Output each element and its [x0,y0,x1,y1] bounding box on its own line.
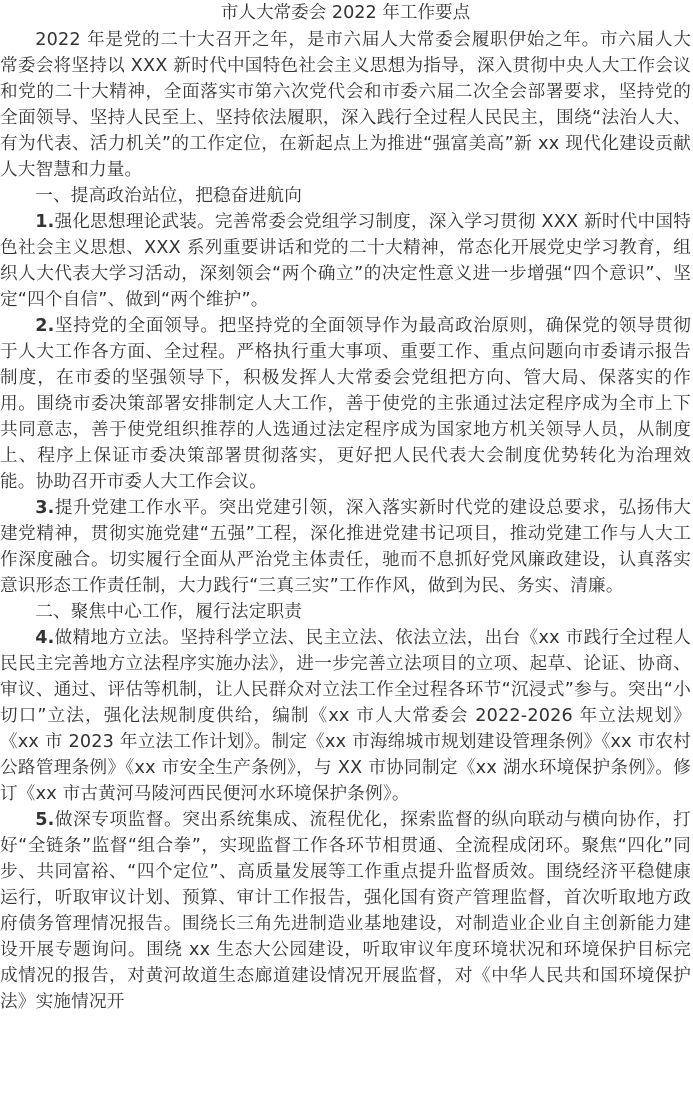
item-paragraph-2: 2.坚持党的全面领导。把坚持党的全面领导作为最高政治原则，确保党的领导贯彻于人大… [0,313,691,495]
item-text: 坚持党的全面领导。把坚持党的全面领导作为最高政治原则，确保党的领导贯彻于人大工作… [0,316,691,492]
document: 市人大常委会 2022 年工作要点 2022 年是党的二十大召开之年，是市六届人… [0,0,693,1015]
item-text: 强化思想理论武装。完善常委会党组学习制度，深入学习贯彻 XXX 新时代中国特色社… [0,212,691,310]
item-number: 5. [35,810,54,830]
item-paragraph-3: 3.提升党建工作水平。突出党建引领，深入落实新时代党的建设总要求，弘扬伟大建党精… [0,495,691,599]
item-number: 2. [35,316,54,336]
item-paragraph-1: 1.强化思想理论武装。完善常委会党组学习制度，深入学习贯彻 XXX 新时代中国特… [0,209,691,313]
item-text: 做精地方立法。坚持科学立法、民主立法、依法立法，出台《xx 市践行全过程人民民主… [0,628,691,804]
item-number: 4. [35,628,54,648]
section-heading-1: 一、提高政治站位，把稳奋进航向 [0,183,691,209]
item-text: 提升党建工作水平。突出党建引领，深入落实新时代党的建设总要求，弘扬伟大建党精神，… [0,498,691,596]
item-number: 1. [35,212,54,232]
document-title: 市人大常委会 2022 年工作要点 [0,0,691,27]
item-paragraph-5: 5.做深专项监督。突出系统集成、流程优化，探索监督的纵向联动与横向协作，打好“全… [0,807,691,1015]
item-paragraph-4: 4.做精地方立法。坚持科学立法、民主立法、依法立法，出台《xx 市践行全过程人民… [0,625,691,807]
item-number: 3. [35,498,54,518]
item-text: 做深专项监督。突出系统集成、流程优化，探索监督的纵向联动与横向协作，打好“全链条… [0,810,691,1012]
section-heading-2: 二、聚焦中心工作，履行法定职责 [0,599,691,625]
intro-paragraph: 2022 年是党的二十大召开之年，是市六届人大常委会履职伊始之年。市六届人大常委… [0,27,691,183]
